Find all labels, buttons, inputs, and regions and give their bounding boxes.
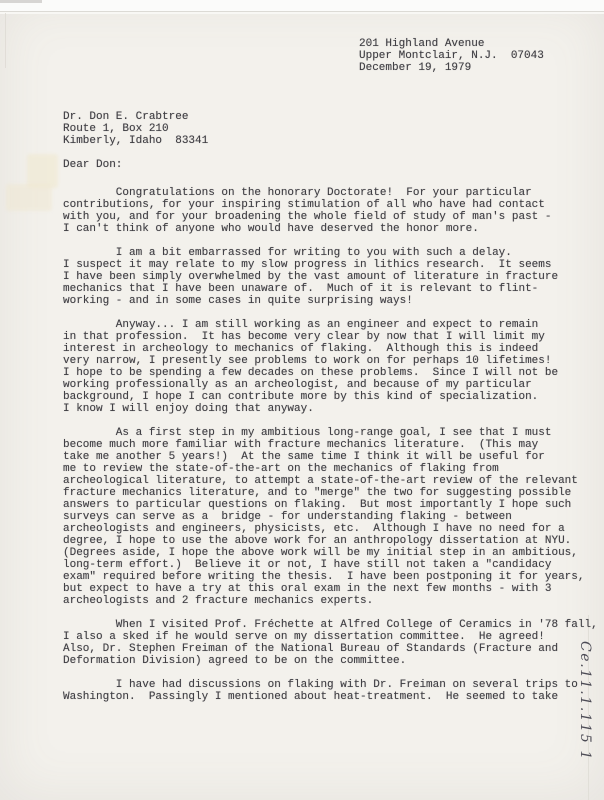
letter-paragraph: Congratulations on the honorary Doctorat… (63, 187, 598, 235)
letter-body-line: Congratulations on the honorary Doctorat… (63, 187, 598, 199)
tape-residue-mark (6, 184, 52, 211)
tape-residue-mark (27, 154, 58, 188)
letter-body-line: in that profession. It has become very c… (63, 331, 598, 343)
letter-page: 201 Highland AvenueUpper Montclair, N.J.… (0, 0, 604, 800)
scan-corner-mark (0, 0, 42, 3)
letter-body-line: working professionally as an archeologis… (63, 379, 598, 391)
recipient-address-line: Dr. Don E. Crabtree (63, 111, 208, 123)
letter-body-line: I have had discussions on flaking with D… (63, 679, 598, 691)
sender-address-line: Upper Montclair, N.J. 07043 (359, 50, 544, 62)
scan-top-edge-highlight (0, 12, 604, 14)
letter-body-line: I suspect it may relate to my slow progr… (63, 259, 598, 271)
letter-body-line: mechanics that I have been unaware of. M… (63, 283, 598, 295)
letter-body-line: archeological literature, to attempt a s… (63, 475, 598, 487)
letter-body-line: me to review the state-of-the-art on the… (63, 463, 598, 475)
letter-body-line: When I visited Prof. Fréchette at Alfred… (63, 619, 598, 631)
letter-body-line: As a first step in my ambitious long-ran… (63, 427, 598, 439)
letter-body-line: become much more familiar with fracture … (63, 439, 598, 451)
sender-address-block: 201 Highland AvenueUpper Montclair, N.J.… (359, 38, 544, 74)
archival-catalog-number: Ce.11.1.115 1 (577, 641, 593, 761)
recipient-address-line: Route 1, Box 210 (63, 123, 208, 135)
scan-top-edge (0, 0, 604, 12)
letter-paragraph: When I visited Prof. Fréchette at Alfred… (63, 619, 598, 667)
letter-body-line: exam" required before writing the thesis… (63, 571, 598, 583)
letter-paragraph: As a first step in my ambitious long-ran… (63, 427, 598, 607)
letter-paragraph: I have had discussions on flaking with D… (63, 679, 598, 703)
letter-body-line: I am a bit embarrassed for writing to yo… (63, 247, 598, 259)
sender-address-line: 201 Highland Avenue (359, 38, 544, 50)
letter-body-line: contributions, for your inspiring stimul… (63, 199, 598, 211)
letter-body-line: I hope to be spending a few decades on t… (63, 367, 598, 379)
letter-body-line: fracture mechanics literature, and to "m… (63, 487, 598, 499)
letter-body-line: with you, and for your broadening the wh… (63, 211, 598, 223)
letter-body-line: but expect to have a try at this oral ex… (63, 583, 598, 595)
letter-body-line: interest in archeology to mechanics of f… (63, 343, 598, 355)
scan-left-edge-line (5, 13, 6, 68)
letter-paragraph: I am a bit embarrassed for writing to yo… (63, 247, 598, 307)
letter-body-line: very narrow, I presently see problems to… (63, 355, 598, 367)
letter-body-line: Deformation Division) agreed to be on th… (63, 655, 598, 667)
letter-body-line: Also, Dr. Stephen Freiman of the Nationa… (63, 643, 598, 655)
salutation: Dear Don: (63, 159, 122, 171)
letter-body-line: long-term effort.) Believe it or not, I … (63, 559, 598, 571)
letter-body-line: Washington. Passingly I mentioned about … (63, 691, 598, 703)
letter-body-line: answers to particular questions on flaki… (63, 499, 598, 511)
letter-body-line: I have been simply overwhelmed by the va… (63, 271, 598, 283)
letter-body-line: archeologists and 2 fracture mechanics e… (63, 595, 598, 607)
letter-body-line: I know I will enjoy doing that anyway. (63, 403, 598, 415)
letter-body-line: Anyway... I am still working as an engin… (63, 319, 598, 331)
letter-body-line: take me another 5 years!) At the same ti… (63, 451, 598, 463)
letter-body-line: I can't think of anyone who would have d… (63, 223, 598, 235)
letter-body-line: I also a sked if he would serve on my di… (63, 631, 598, 643)
letter-body-line: (Degrees aside, I hope the above work wi… (63, 547, 598, 559)
letter-paragraph: Anyway... I am still working as an engin… (63, 319, 598, 415)
letter-body-line: archeologists and engineers, physicists,… (63, 523, 598, 535)
letter-body-line: working - and in some cases in quite sur… (63, 295, 598, 307)
letter-body-line: background, I hope I can contribute more… (63, 391, 598, 403)
letter-body-line: degree, I hope to use the above work for… (63, 535, 598, 547)
recipient-address-line: Kimberly, Idaho 83341 (63, 135, 208, 147)
letter-body: Congratulations on the honorary Doctorat… (63, 187, 598, 703)
letter-body-line: surveys can serve as a bridge - for unde… (63, 511, 598, 523)
recipient-address-block: Dr. Don E. CrabtreeRoute 1, Box 210Kimbe… (63, 111, 208, 147)
sender-address-line: December 19, 1979 (359, 62, 544, 74)
